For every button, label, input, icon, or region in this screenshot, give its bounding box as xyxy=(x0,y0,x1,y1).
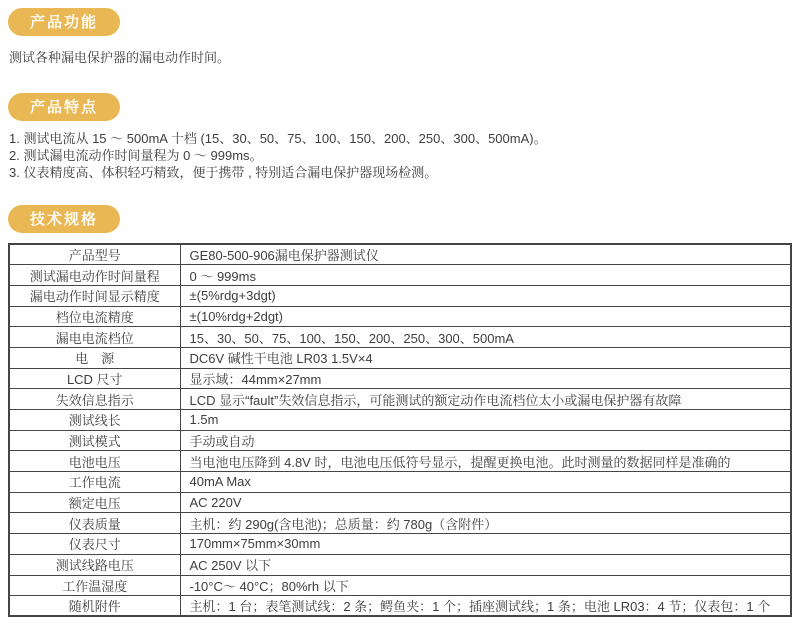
spec-value: 40mA Max xyxy=(180,472,791,493)
spec-value: AC 220V xyxy=(180,492,791,513)
spec-value: 1.5m xyxy=(180,410,791,431)
spec-label: 工作温湿度 xyxy=(9,575,180,596)
spec-value: 0 ～ 999ms xyxy=(180,265,791,286)
table-row: 工作电流 40mA Max xyxy=(9,472,791,493)
spec-label: 测试线路电压 xyxy=(9,554,180,575)
table-row: 漏电动作时间显示精度 ±(5%rdg+3dgt) xyxy=(9,285,791,306)
spec-label: 电 源 xyxy=(9,347,180,368)
spec-label: 电池电压 xyxy=(9,451,180,472)
feature-item: 2. 测试漏电流动作时间量程为 0 ～ 999ms。 xyxy=(9,147,792,164)
spec-label: 仪表质量 xyxy=(9,513,180,534)
spec-label: 工作电流 xyxy=(9,472,180,493)
spec-label: 额定电压 xyxy=(9,492,180,513)
spec-label: 失效信息指示 xyxy=(9,389,180,410)
table-row: 额定电压 AC 220V xyxy=(9,492,791,513)
spec-label: LCD 尺寸 xyxy=(9,368,180,389)
spec-value: -10°C～ 40°C；80%rh 以下 xyxy=(180,575,791,596)
table-row: 电池电压 当电池电压降到 4.8V 时，电池电压低符号显示，提醒更换电池。此时测… xyxy=(9,451,791,472)
table-row: 仪表尺寸 170mm×75mm×30mm xyxy=(9,534,791,555)
table-row: 测试线长 1.5m xyxy=(9,410,791,431)
spec-label: 测试模式 xyxy=(9,430,180,451)
spec-value: 手动或自动 xyxy=(180,430,791,451)
spec-label: 测试漏电动作时间量程 xyxy=(9,265,180,286)
spec-value: 显示域：44mm×27mm xyxy=(180,368,791,389)
table-row: 电 源 DC6V 碱性干电池 LR03 1.5V×4 xyxy=(9,347,791,368)
table-row: 工作温湿度 -10°C～ 40°C；80%rh 以下 xyxy=(9,575,791,596)
spec-value: 主机：1 台；表笔测试线：2 条；鳄鱼夹：1 个；插座测试线；1 条；电池 LR… xyxy=(180,596,791,617)
feature-item: 1. 测试电流从 15 ～ 500mA 十档 (15、30、50、75、100、… xyxy=(9,130,792,147)
spec-label: 产品型号 xyxy=(9,244,180,265)
table-row: 测试模式 手动或自动 xyxy=(9,430,791,451)
feature-list: 1. 测试电流从 15 ～ 500mA 十档 (15、30、50、75、100、… xyxy=(9,130,792,181)
table-row: 产品型号 GE80-500-906漏电保护器测试仪 xyxy=(9,244,791,265)
spec-value: 当电池电压降到 4.8V 时，电池电压低符号显示，提醒更换电池。此时测量的数据同… xyxy=(180,451,791,472)
table-row: 漏电电流档位 15、30、50、75、100、150、200、250、300、5… xyxy=(9,327,791,348)
table-row: LCD 尺寸 显示域：44mm×27mm xyxy=(9,368,791,389)
spec-value: LCD 显示“fault”失效信息指示，可能测试的额定动作电流档位太小或漏电保护… xyxy=(180,389,791,410)
product-features-badge: 产品特点 xyxy=(8,93,120,121)
product-function-badge: 产品功能 xyxy=(8,8,120,36)
spec-value: AC 250V 以下 xyxy=(180,554,791,575)
spec-value: 170mm×75mm×30mm xyxy=(180,534,791,555)
spec-value: DC6V 碱性干电池 LR03 1.5V×4 xyxy=(180,347,791,368)
feature-item: 3. 仪表精度高、体积轻巧精致，便于携带 , 特别适合漏电保护器现场检测。 xyxy=(9,164,792,181)
spec-label: 仪表尺寸 xyxy=(9,534,180,555)
table-row: 档位电流精度 ±(10%rdg+2dgt) xyxy=(9,306,791,327)
spec-value: 主机：约 290g(含电池)；总质量：约 780g（含附件） xyxy=(180,513,791,534)
product-spec-page: 产品功能 测试各种漏电保护器的漏电动作时间。 产品特点 1. 测试电流从 15 … xyxy=(0,0,800,624)
spec-value: GE80-500-906漏电保护器测试仪 xyxy=(180,244,791,265)
spec-label: 漏电动作时间显示精度 xyxy=(9,285,180,306)
spec-value: 15、30、50、75、100、150、200、250、300、500mA xyxy=(180,327,791,348)
table-row: 失效信息指示 LCD 显示“fault”失效信息指示，可能测试的额定动作电流档位… xyxy=(9,389,791,410)
product-function-text: 测试各种漏电保护器的漏电动作时间。 xyxy=(9,49,792,66)
section-product-function: 产品功能 测试各种漏电保护器的漏电动作时间。 xyxy=(8,8,792,66)
section-technical-specs: 技术规格 产品型号 GE80-500-906漏电保护器测试仪 测试漏电动作时间量… xyxy=(8,205,792,617)
section-product-features: 产品特点 1. 测试电流从 15 ～ 500mA 十档 (15、30、50、75… xyxy=(8,93,792,181)
table-row: 测试漏电动作时间量程 0 ～ 999ms xyxy=(9,265,791,286)
spec-value: ±(10%rdg+2dgt) xyxy=(180,306,791,327)
technical-specs-badge: 技术规格 xyxy=(8,205,120,233)
spec-label: 漏电电流档位 xyxy=(9,327,180,348)
table-row: 测试线路电压 AC 250V 以下 xyxy=(9,554,791,575)
spec-label: 档位电流精度 xyxy=(9,306,180,327)
specs-table: 产品型号 GE80-500-906漏电保护器测试仪 测试漏电动作时间量程 0 ～… xyxy=(8,243,792,617)
table-row: 随机附件 主机：1 台；表笔测试线：2 条；鳄鱼夹：1 个；插座测试线；1 条；… xyxy=(9,596,791,617)
spec-label: 测试线长 xyxy=(9,410,180,431)
table-row: 仪表质量 主机：约 290g(含电池)；总质量：约 780g（含附件） xyxy=(9,513,791,534)
spec-label: 随机附件 xyxy=(9,596,180,617)
spec-value: ±(5%rdg+3dgt) xyxy=(180,285,791,306)
